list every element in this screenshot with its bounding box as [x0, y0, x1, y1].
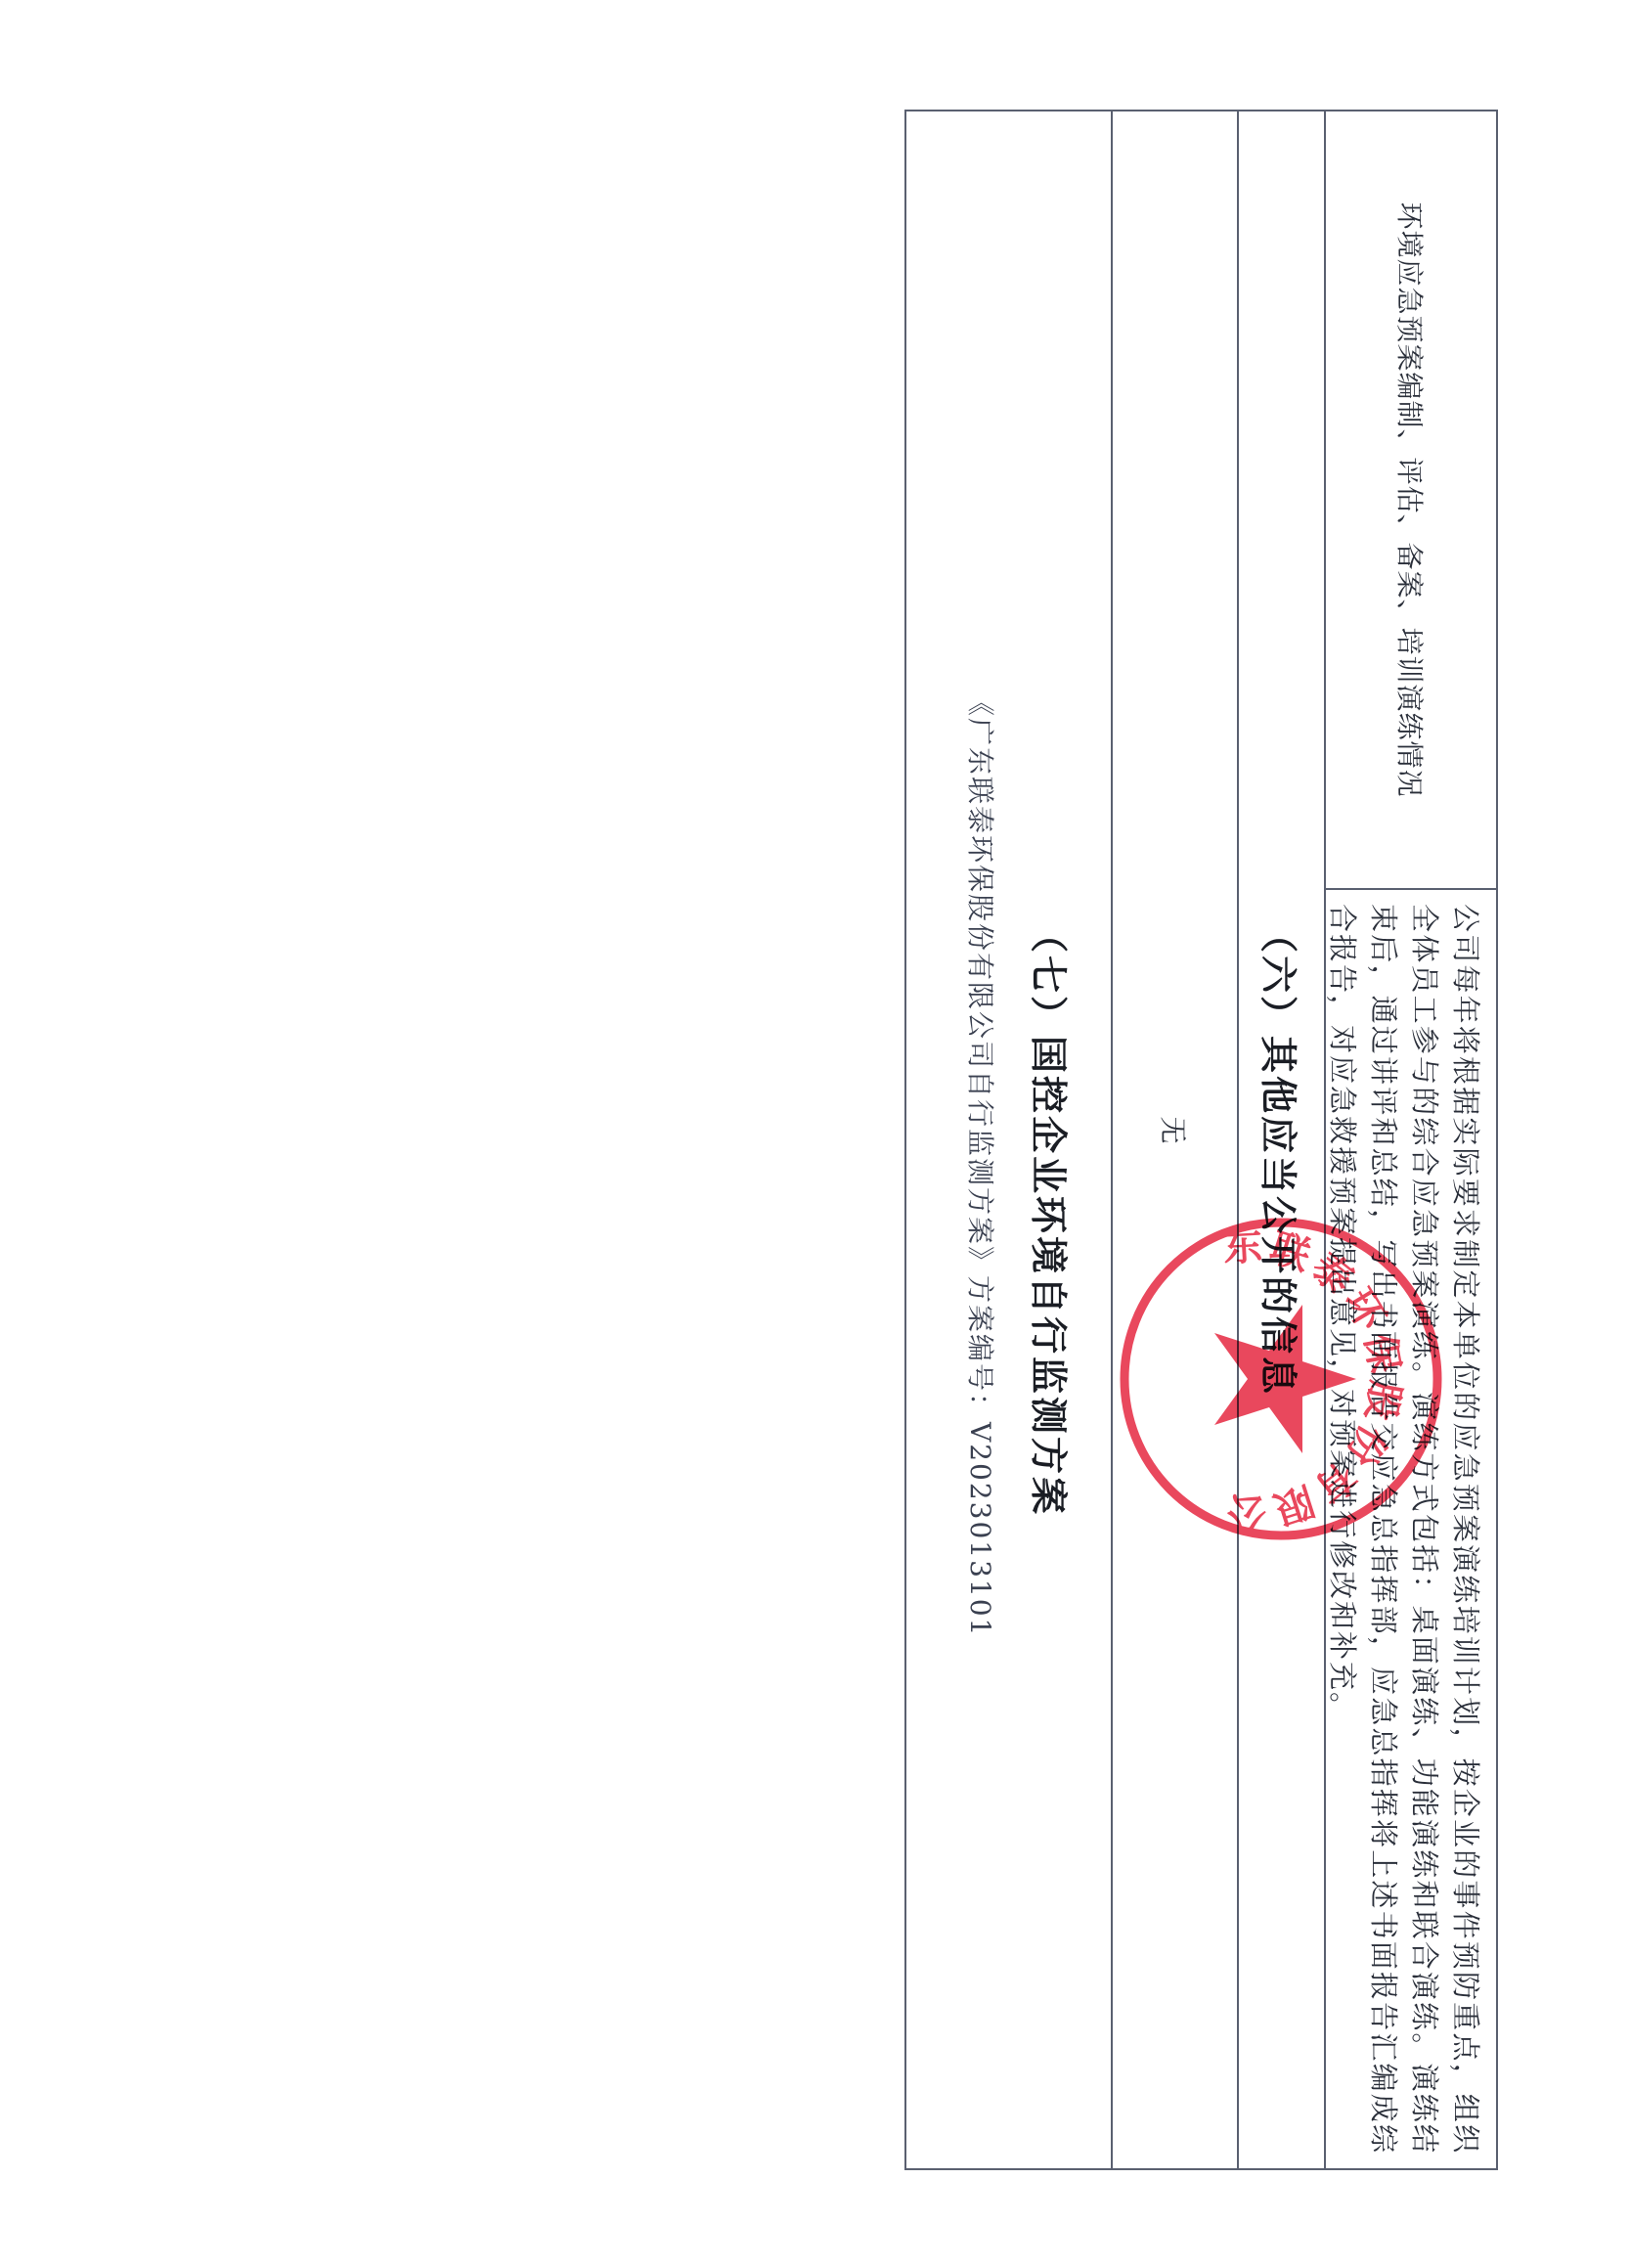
emergency-plan-row: 环境应急预案编制、评估、备案、培训演练情况 公司每年将根据实际要求制定本单位的应… — [1324, 111, 1496, 2168]
emergency-plan-description: 公司每年将根据实际要求制定本单位的应急预案演练培训计划，按企业的事件预防重点，组… — [1326, 890, 1496, 2168]
section-6-content: 无 — [1113, 111, 1237, 2168]
section-6-content-row: 无 — [1111, 111, 1237, 2168]
emergency-plan-label: 环境应急预案编制、评估、备案、培训演练情况 — [1326, 111, 1496, 890]
monitoring-plan-reference: 《广东联泰环保股份有限公司自行监测方案》方案编号：V2023013101 — [962, 689, 1001, 1637]
section-7-row: （七）国控企业环境自行监测方案 《广东联泰环保股份有限公司自行监测方案》方案编号… — [906, 111, 1111, 2168]
section-7-heading: （七）国控企业环境自行监测方案 — [993, 111, 1111, 2168]
section-6-heading: （六）其他应当公开的信息 — [1239, 111, 1324, 2168]
disclosure-table: 环境应急预案编制、评估、备案、培训演练情况 公司每年将根据实际要求制定本单位的应… — [904, 110, 1498, 2170]
section-6-heading-row: （六）其他应当公开的信息 — [1237, 111, 1324, 2168]
rotated-document-page: 环境应急预案编制、评估、备案、培训演练情况 公司每年将根据实际要求制定本单位的应… — [0, 0, 1630, 2268]
